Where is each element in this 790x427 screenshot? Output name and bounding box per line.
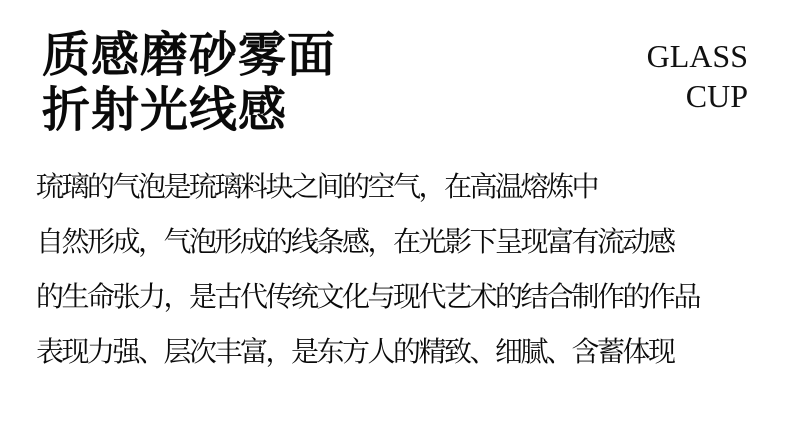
page-title: 质感磨砂雾面 折射光线感 — [42, 28, 336, 138]
description-line-4: 表现力强、层次丰富，是东方人的精致、细腻、含蓄体现 — [36, 325, 756, 380]
page: 质感磨砂雾面 折射光线感 GLASS CUP 琉璃的气泡是琉璃料块之间的空气，在… — [0, 0, 790, 427]
description-line-1: 琉璃的气泡是琉璃料块之间的空气，在高温熔炼中 — [36, 160, 756, 215]
brand-wordmark: GLASS CUP — [647, 36, 748, 116]
brand-wordmark-line2: CUP — [647, 76, 748, 116]
description-line-3: 的生命张力，是古代传统文化与现代艺术的结合制作的作品 — [36, 270, 756, 325]
description-paragraph: 琉璃的气泡是琉璃料块之间的空气，在高温熔炼中 自然形成，气泡形成的线条感，在光影… — [36, 160, 756, 380]
page-title-line2: 折射光线感 — [42, 83, 336, 138]
description-line-2: 自然形成，气泡形成的线条感，在光影下呈现富有流动感 — [36, 215, 756, 270]
page-title-line1: 质感磨砂雾面 — [42, 28, 336, 83]
brand-wordmark-line1: GLASS — [647, 36, 748, 76]
